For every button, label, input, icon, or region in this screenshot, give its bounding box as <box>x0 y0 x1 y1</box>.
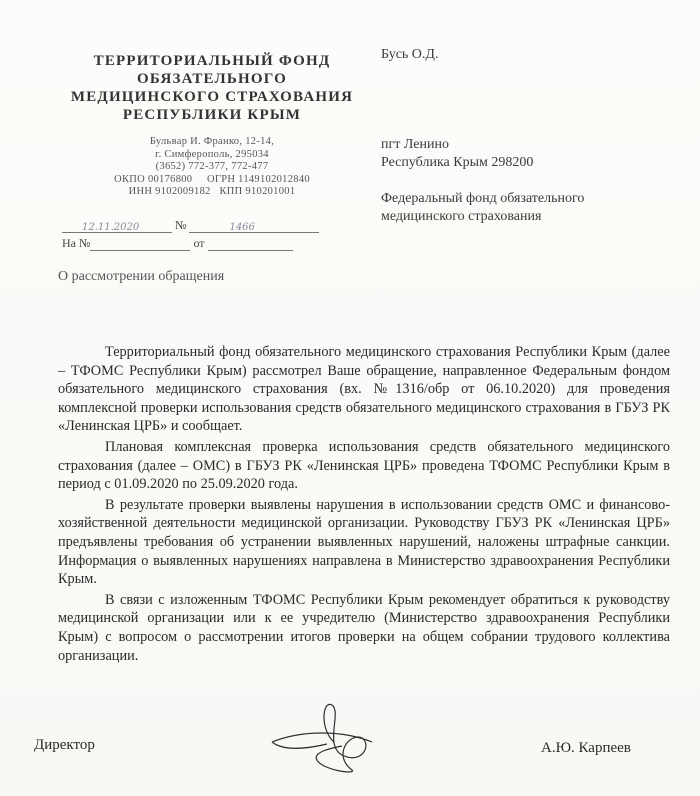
outgoing-date-field: 12.11.2020 <box>62 219 172 233</box>
copy-recipient-line: медицинского страхования <box>381 208 584 226</box>
copy-recipient: Федеральный фонд обязательного медицинск… <box>381 190 584 226</box>
letter-body: Территориальный фонд обязательного медиц… <box>58 343 670 665</box>
sender-details: Бульвар И. Франко, 12-14, г. Симферополь… <box>62 136 362 199</box>
body-paragraph: Территориальный фонд обязательного медиц… <box>58 343 670 436</box>
body-paragraph: Плановая комплексная проверка использова… <box>58 438 670 494</box>
sender-org-name: ТЕРРИТОРИАЛЬНЫЙ ФОНД ОБЯЗАТЕЛЬНОГО МЕДИЦ… <box>62 52 362 124</box>
copy-recipient-line: Федеральный фонд обязательного <box>381 190 584 208</box>
sender-address-line: Бульвар И. Франко, 12-14, <box>62 136 362 149</box>
recipient-address: пгт Ленино Республика Крым 298200 <box>381 136 533 172</box>
letter-page: ТЕРРИТОРИАЛЬНЫЙ ФОНД ОБЯЗАТЕЛЬНОГО МЕДИЦ… <box>0 0 700 796</box>
recipient-address-line: пгт Ленино <box>381 136 533 154</box>
outgoing-number-field: 1466 <box>189 219 319 233</box>
outgoing-reference-line: 12.11.2020 № 1466 <box>62 218 319 233</box>
org-name-line: ТЕРРИТОРИАЛЬНЫЙ ФОНД <box>62 52 362 70</box>
signatory-name: А.Ю. Карпеев <box>541 740 631 757</box>
reply-to-label: На № <box>62 236 90 251</box>
reply-number-field <box>90 237 190 251</box>
sender-inn-kpp-line: ИНН 9102009182 КПП 910201001 <box>62 186 362 199</box>
sender-okpo-ogrn-line: ОКПО 00176800 ОГРН 1149102012840 <box>62 174 362 187</box>
body-paragraph: В связи с изложенным ТФОМС Республики Кр… <box>58 591 670 665</box>
handwritten-signature-icon <box>262 700 412 780</box>
recipient-name: Бусь О.Д. <box>381 46 438 64</box>
org-name-line: ОБЯЗАТЕЛЬНОГО <box>62 70 362 88</box>
reply-reference-line: На № от <box>62 236 293 251</box>
signatory-title: Директор <box>34 737 95 754</box>
body-paragraph: В результате проверки выявлены нарушения… <box>58 496 670 589</box>
org-name-line: РЕСПУБЛИКИ КРЫМ <box>62 106 362 124</box>
letter-subject: О рассмотрении обращения <box>58 269 224 285</box>
reply-date-field <box>208 237 293 251</box>
sender-letterhead: ТЕРРИТОРИАЛЬНЫЙ ФОНД ОБЯЗАТЕЛЬНОГО МЕДИЦ… <box>62 52 362 199</box>
number-label: № <box>175 218 186 233</box>
sender-phone-line: (3652) 772-377, 772-477 <box>62 161 362 174</box>
org-name-line: МЕДИЦИНСКОГО СТРАХОВАНИЯ <box>62 88 362 106</box>
recipient-address-line: Республика Крым 298200 <box>381 154 533 172</box>
sender-city-line: г. Симферополь, 295034 <box>62 149 362 162</box>
from-label: от <box>193 236 204 251</box>
